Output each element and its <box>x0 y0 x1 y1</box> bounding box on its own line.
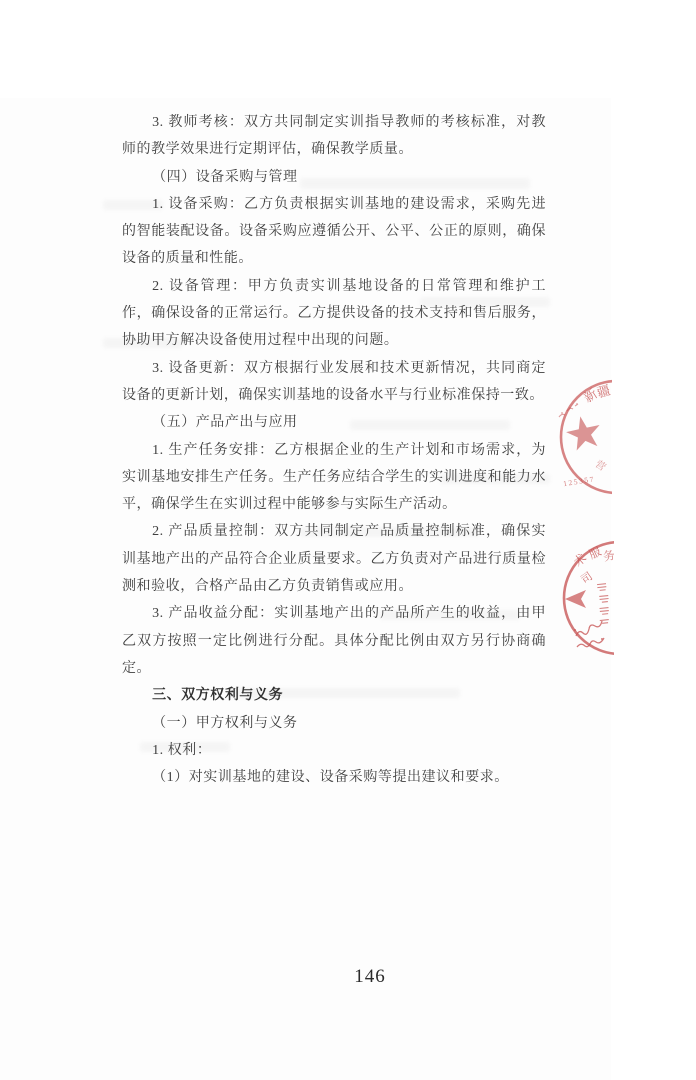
section-heading-rights-obligations: 三、双方权利与义务 <box>122 682 546 709</box>
scanned-document-page: 3. 教师考核：双方共同制定实训指导教师的考核标准，对教师的教学效果进行定期评估… <box>0 0 696 1080</box>
subsection-heading-party-a: （一）甲方权利与义务 <box>122 710 546 737</box>
seal-arc-char: 务 <box>602 548 614 564</box>
page-number: 146 <box>330 966 410 988</box>
paragraph-equipment-purchase: 1. 设备采购：乙方负责根据实训基地的建设需求，采购先进的智能装配设备。设备采购… <box>122 191 546 273</box>
subsection-heading-equipment: （四）设备采购与管理 <box>122 164 546 191</box>
seal-inner-text-column-icon <box>596 584 611 624</box>
seal-inner-char: 营 <box>593 457 609 473</box>
paragraph-quality-control: 2. 产品质量控制：双方共同制定产品质量控制标准，确保实训基地产出的产品符合企业… <box>122 518 546 600</box>
paragraph-equipment-update: 3. 设备更新：双方根据行业发展和技术更新情况，共同商定设备的更新计划，确保实训… <box>122 355 546 410</box>
subsection-heading-product: （五）产品产出与应用 <box>122 409 546 436</box>
paragraph-rights-label: 1. 权利： <box>122 737 546 764</box>
seal-arc-char: 司 <box>578 570 594 587</box>
seal-arc-char: 疆 <box>595 382 611 400</box>
paragraph-revenue-sharing: 3. 产品收益分配：实训基地产出的产品所产生的收益，由甲乙双方按照一定比例进行分… <box>122 600 546 682</box>
paragraph-equipment-management: 2. 设备管理：甲方负责实训基地设备的日常管理和维护工作，确保设备的正常运行。乙… <box>122 273 546 355</box>
contract-text-block: 3. 教师考核：双方共同制定实训指导教师的考核标准，对教师的教学效果进行定期评估… <box>122 109 546 791</box>
paragraph-right-item-1: （1）对实训基地的建设、设备采购等提出建议和要求。 <box>122 764 546 791</box>
official-seal-bottom: 术 服 务 司 <box>562 533 614 661</box>
seal-arc-script-icon <box>559 403 578 417</box>
paragraph-teacher-assessment: 3. 教师考核：双方共同制定实训指导教师的考核标准，对教师的教学效果进行定期评估… <box>122 109 546 164</box>
official-seal-top: 新 疆 营 125357 <box>548 370 612 502</box>
seal-arc-char: 服 <box>587 544 604 562</box>
paragraph-production-tasks: 1. 生产任务安排：乙方根据企业的生产计划和市场需求，为实训基地安排生产任务。生… <box>122 437 546 519</box>
star-icon <box>564 413 604 452</box>
star-point-icon <box>565 590 586 608</box>
